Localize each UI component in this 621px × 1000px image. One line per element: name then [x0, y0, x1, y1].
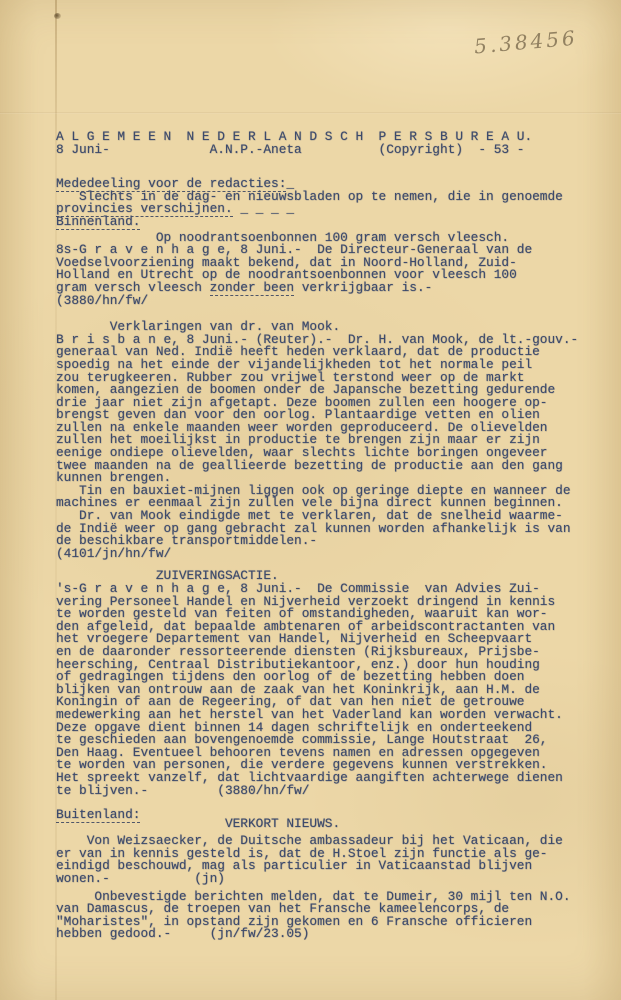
article-van-mook: Verklaringen van dr. van Mook. B r i s b…: [56, 321, 604, 560]
text-line: wonen.- (jn): [56, 873, 604, 886]
underlined-phrase: zonder been: [210, 280, 294, 296]
article-heading: VERKORT NIEUWS.: [56, 818, 604, 831]
wire-code: (4101/jn/hn/fw/: [56, 548, 604, 561]
paper-blemish-spot: [54, 13, 61, 19]
section-label-binnenland: Binnenland.: [56, 216, 604, 229]
editorial-notice: Mededeeling voor de redacties:_ Slechts …: [56, 178, 604, 228]
typewritten-text-block: A L G E M E E N N E D E R L A N D S C H …: [56, 131, 604, 941]
article-damascus: Onbevestigde berichten melden, dat te Du…: [56, 891, 604, 941]
article-meat-rations: Op noodrantsoenbonnen 100 gram versch vl…: [56, 232, 604, 308]
dateline-issue: 8 Juni- A.N.P.-Aneta (Copyright) - 53 -: [56, 144, 604, 157]
article-weizsaecker: Von Weizsaecker, de Duitsche ambassadeur…: [56, 835, 604, 885]
pencil-archive-number: 5.38456: [473, 26, 578, 59]
article-zuiveringsactie: ZUIVERINGSACTIE. 's-G r a v e n h a g e,…: [56, 570, 604, 797]
text-line: hebben gedood.- (jn/fw/23.05): [56, 928, 604, 941]
document-page: { "pencil_mark": "5.38456", "header": { …: [0, 0, 621, 1000]
text-line: te blijven.- (3880/hn/fw/: [56, 785, 604, 798]
notice-line-suffix: _ _ _ _: [233, 201, 294, 216]
wire-code: (3880/hn/fw/: [56, 295, 604, 308]
section-buitenland: Buitenland: VERKORT NIEUWS. Von Weizsaec…: [56, 809, 604, 941]
paper-fold-horizontal: [0, 112, 621, 114]
